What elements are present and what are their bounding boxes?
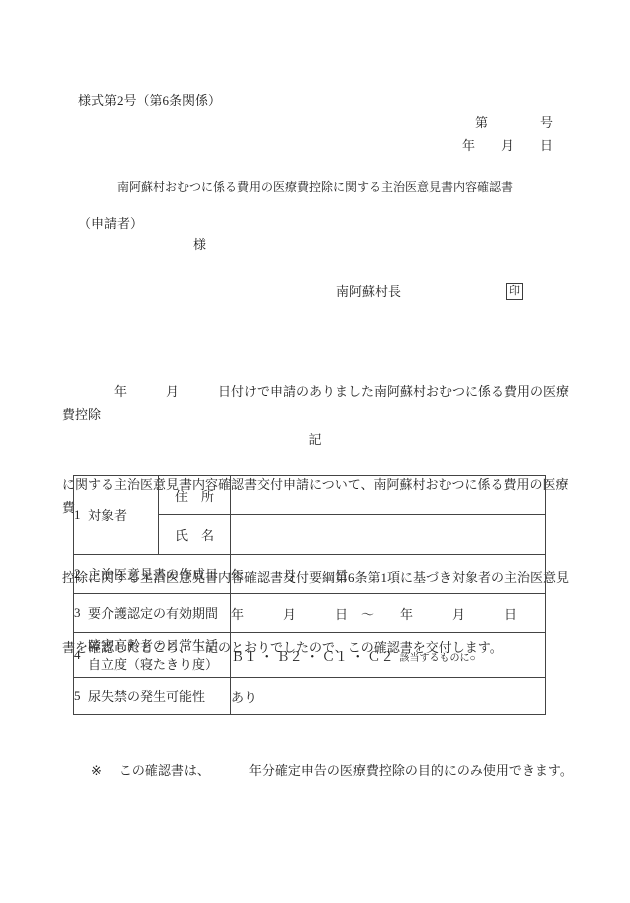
row3-label: 要介護認定の有効期間 — [88, 604, 218, 623]
row5-number: 5 — [74, 688, 88, 704]
applicant-label: （申請者） — [78, 216, 143, 232]
row1-subject-label-cell: 1 対象者 — [74, 476, 159, 555]
row4-value-cell: Ｂ１ ・ Ｂ２ ・ Ｃ１ ・ Ｃ２該当するものに○ — [231, 633, 546, 678]
row2-number: 2 — [74, 566, 88, 582]
row1-number: 1 — [74, 507, 88, 523]
row3-number: 3 — [74, 605, 88, 621]
confirmation-table: 1 対象者 住 所 氏 名 2 主治医意見書の作成日 年 月 — [73, 475, 546, 715]
row5-value: あり — [231, 678, 546, 715]
row1-address-value — [231, 476, 546, 515]
row4-label-line2: 自立度（寝たきり度） — [88, 655, 218, 674]
table-row-2: 2 主治医意見書の作成日 年 月 日 — [74, 555, 546, 594]
row2-label-cell: 2 主治医意見書の作成日 — [74, 555, 231, 594]
seal-character: 印 — [509, 285, 520, 297]
document-title: 南阿蘇村おむつに係る費用の医療費控除に関する主治医意見書内容確認書 — [0, 179, 630, 195]
honorific-sama: 様 — [193, 237, 206, 253]
row3-label-cell: 3 要介護認定の有効期間 — [74, 594, 231, 633]
row5-label-cell: 5 尿失禁の発生可能性 — [74, 678, 231, 715]
footnote-text-after: 年分確定申告の医療費控除の目的にのみ使用できます。 — [249, 763, 573, 778]
body-line-1: 年 月 日付けで申請のありました南阿蘇村おむつに係る費用の医療費控除 — [62, 380, 574, 427]
ki-heading: 記 — [0, 432, 630, 448]
row4-value-note: 該当するものに○ — [400, 653, 476, 664]
row1-name-key: 氏 名 — [159, 515, 231, 555]
footnote-mark: ※ — [91, 763, 102, 778]
footnote: ※この確認書は、年分確定申告の医療費控除の目的にのみ使用できます。 — [78, 747, 573, 795]
row5-label: 尿失禁の発生可能性 — [88, 687, 205, 706]
row4-number: 4 — [74, 647, 88, 663]
table-row-4: 4 障害高齢者の日常生活 自立度（寝たきり度） Ｂ１ ・ Ｂ２ ・ Ｃ１ ・ Ｃ… — [74, 633, 546, 678]
table-row-3: 3 要介護認定の有効期間 年 月 日 ～ 年 月 日 — [74, 594, 546, 633]
row4-label-cell: 4 障害高齢者の日常生活 自立度（寝たきり度） — [74, 633, 231, 678]
row4-label-line1: 障害高齢者の日常生活 — [88, 636, 218, 655]
document-number-line: 第 号 — [475, 115, 553, 131]
row4-value: Ｂ１ ・ Ｂ２ ・ Ｃ１ ・ Ｃ２ — [231, 649, 394, 664]
seal-placeholder-box: 印 — [506, 283, 523, 300]
mayor-title: 南阿蘇村長 — [336, 284, 401, 300]
table-row-5: 5 尿失禁の発生可能性 あり — [74, 678, 546, 715]
table-row-1a: 1 対象者 住 所 — [74, 476, 546, 515]
document-page: 様式第2号（第6条関係） 第 号 年 月 日 南阿蘇村おむつに係る費用の医療費控… — [0, 0, 630, 903]
row3-value: 年 月 日 ～ 年 月 日 — [231, 594, 546, 633]
form-number: 様式第2号（第6条関係） — [78, 93, 221, 109]
date-line: 年 月 日 — [462, 138, 553, 154]
row1-label: 対象者 — [88, 506, 127, 525]
row2-label: 主治医意見書の作成日 — [88, 565, 218, 584]
row1-name-value — [231, 515, 546, 555]
row2-value: 年 月 日 — [231, 555, 546, 594]
row1-address-key: 住 所 — [159, 476, 231, 515]
footnote-text-before: この確認書は、 — [119, 763, 210, 778]
